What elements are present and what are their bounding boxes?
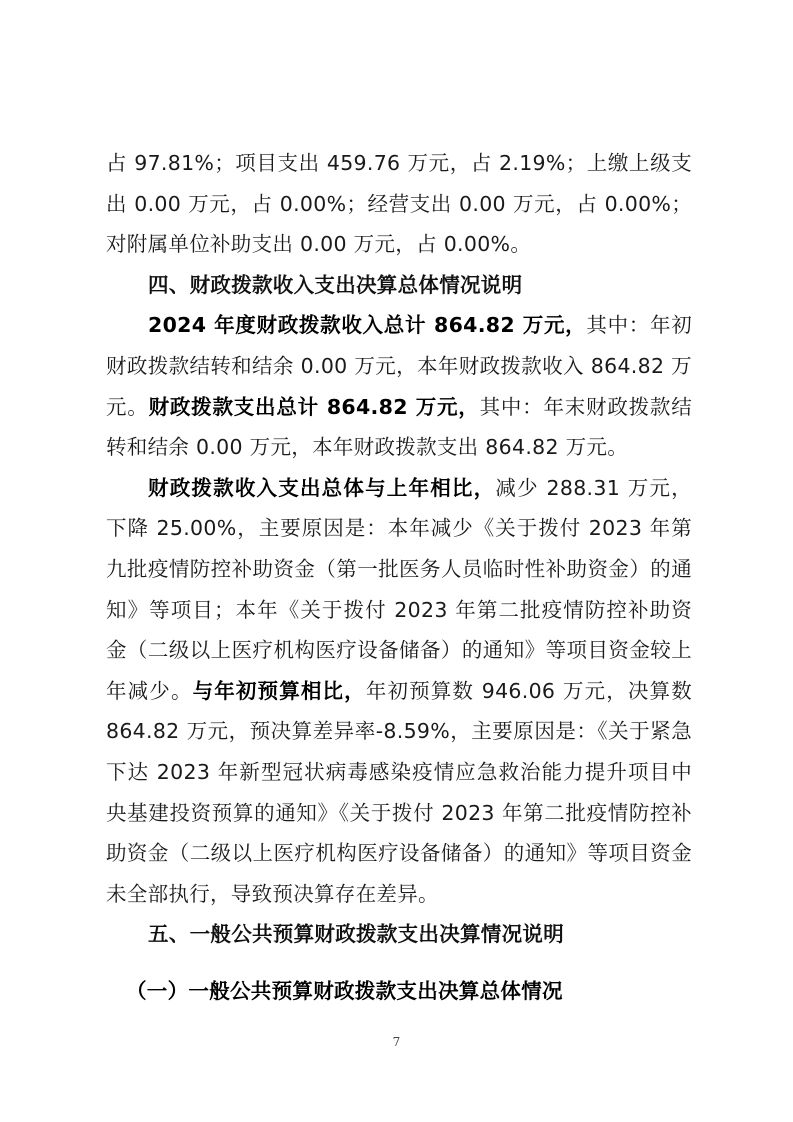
document-page: 占 97.81%；项目支出 459.76 万元，占 2.19%；上缴上级支出 0… — [106, 143, 692, 1011]
expenditure-total-bold: 财政拨款支出总计 864.82 万元， — [149, 395, 480, 419]
section-4-total-paragraph: 2024 年度财政拨款收入总计 864.82 万元，其中：年初财政拨款结转和结余… — [106, 305, 692, 467]
year-over-year-bold: 财政拨款收入支出总体与上年相比， — [148, 476, 495, 500]
budget-comparison-text: 年初预算数 946.06 万元，决算数 864.82 万元，预决算差异率-8.5… — [106, 679, 692, 906]
page-number: 7 — [0, 1035, 793, 1049]
budget-comparison-bold: 与年初预算相比， — [193, 679, 366, 703]
expenditure-breakdown-paragraph: 占 97.81%；项目支出 459.76 万元，占 2.19%；上缴上级支出 0… — [106, 143, 692, 265]
income-total-bold: 2024 年度财政拨款收入总计 864.82 万元， — [148, 313, 586, 337]
year-over-year-text: 减少 288.31 万元，下降 25.00%，主要原因是：本年减少《关于拨付 2… — [106, 476, 692, 703]
section-4-heading: 四、财政拨款收入支出决算总体情况说明 — [106, 265, 692, 306]
section-5-subheading: （一）一般公共预算财政拨款支出决算总体情况 — [106, 971, 692, 1012]
section-5-heading: 五、一般公共预算财政拨款支出决算情况说明 — [106, 914, 692, 955]
section-4-comparison-paragraph: 财政拨款收入支出总体与上年相比，减少 288.31 万元，下降 25.00%，主… — [106, 468, 692, 915]
